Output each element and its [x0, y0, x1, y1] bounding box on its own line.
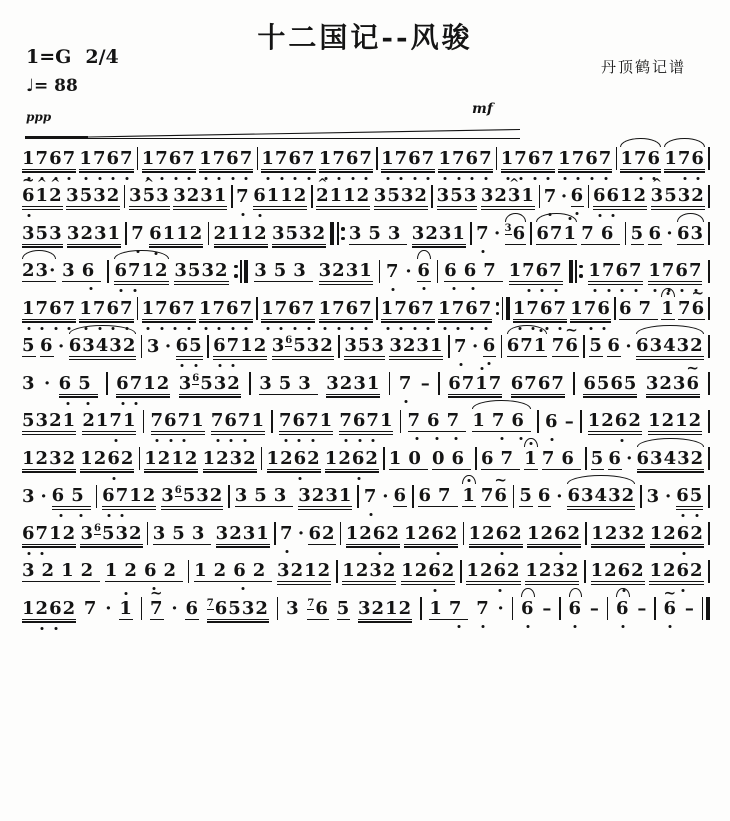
note: 2: [322, 523, 336, 544]
note: 3: [581, 485, 595, 506]
note: 3: [299, 223, 313, 244]
note-group: 1: [661, 298, 675, 320]
note-group: 36532: [80, 523, 142, 545]
note-group: 671: [507, 335, 548, 357]
note: 1: [380, 410, 394, 431]
note: 1: [163, 223, 177, 244]
note: 7: [447, 410, 467, 431]
note: 7: [602, 260, 616, 281]
note: 1: [123, 410, 137, 431]
note: 2: [187, 185, 201, 206]
note: 1: [620, 185, 634, 206]
augmentation-dot: ·: [298, 523, 304, 544]
note: 6: [49, 598, 63, 619]
barline: [438, 372, 440, 395]
dash-note: –: [542, 598, 551, 619]
barline: [357, 485, 359, 508]
note: 1: [129, 485, 143, 506]
note: 2: [294, 185, 308, 206]
note: 7: [366, 410, 380, 431]
note: 3: [49, 448, 63, 469]
note: 2: [604, 560, 618, 581]
note-group: 1262: [22, 598, 76, 620]
note-group: 17: [429, 598, 468, 620]
note: 7: [275, 148, 289, 169]
note: 1: [241, 223, 255, 244]
note-group: 1: [119, 598, 133, 620]
note: 3: [22, 373, 36, 394]
note-group: 7671: [279, 410, 333, 432]
augmentation-dot: ·: [58, 336, 64, 357]
note: 7: [280, 523, 294, 544]
note: 7: [279, 410, 293, 431]
note: 6: [169, 148, 183, 169]
note-group: 7: [476, 223, 490, 244]
note-group: 667: [444, 260, 503, 282]
note: 5: [71, 485, 91, 506]
note-group: 23·: [22, 260, 56, 282]
note: 3: [179, 373, 193, 394]
repeat-dots: [579, 265, 583, 278]
note: 1: [509, 260, 523, 281]
note: 3: [325, 485, 339, 506]
note-group: 6: [571, 185, 585, 207]
note: 1: [664, 148, 678, 169]
note: 3: [200, 185, 214, 206]
note: 6: [417, 260, 431, 281]
note: 5: [664, 185, 678, 206]
note: 7: [551, 373, 565, 394]
note-group: 6: [521, 598, 535, 619]
augmentation-dot: ·: [171, 598, 177, 619]
note-group: 353: [254, 260, 313, 282]
note: 7: [438, 485, 458, 506]
note: 1: [389, 448, 409, 469]
note: 6: [215, 598, 229, 619]
note: 2: [63, 448, 77, 469]
note-group: 6112: [253, 185, 307, 207]
note: 6: [444, 260, 464, 281]
note-group: 6: [483, 335, 497, 357]
note: 6: [597, 298, 611, 319]
note: 3: [651, 185, 665, 206]
note: 2: [659, 373, 673, 394]
note: 1: [438, 148, 452, 169]
note: 3: [293, 260, 313, 281]
note: 7: [581, 223, 601, 244]
note-group: 1262: [105, 560, 183, 582]
note: 7: [522, 260, 536, 281]
barline: [249, 372, 251, 395]
note-group: 1767: [261, 298, 315, 320]
note: 1: [267, 448, 281, 469]
note-group: 1262: [346, 523, 400, 545]
barline: [559, 597, 561, 620]
note: 6: [149, 223, 163, 244]
note: 7: [514, 148, 528, 169]
note: 1: [79, 148, 93, 169]
note: 3: [307, 335, 321, 356]
note: 4: [595, 485, 609, 506]
note-group: 1232: [22, 448, 76, 470]
note: 5: [337, 598, 351, 619]
note: 3: [353, 373, 367, 394]
note: 6: [493, 560, 507, 581]
repeat-end-barline: [496, 297, 510, 320]
note: 7: [476, 598, 490, 619]
note: 2: [216, 448, 230, 469]
note: 3: [650, 448, 664, 469]
barline: [188, 560, 190, 583]
barline: [106, 372, 108, 395]
note: 5: [631, 223, 645, 244]
note-group: 63432: [637, 448, 705, 470]
note: 5: [228, 598, 242, 619]
note: 2: [243, 448, 257, 469]
note: 1: [256, 523, 270, 544]
augmentation-dot: ·: [405, 261, 411, 282]
note: 3: [94, 223, 108, 244]
note-group: 1262: [527, 523, 581, 545]
barline: [588, 185, 590, 208]
note: 3: [298, 373, 318, 394]
note: 1: [240, 335, 254, 356]
note: 1: [430, 335, 444, 356]
note-group: 3231: [389, 335, 443, 357]
note-group: 1767: [319, 298, 373, 320]
note-group: 6767: [511, 373, 565, 395]
music-line: 3533231761122112353235332317·366717656·6…: [22, 215, 710, 253]
note: 2: [566, 560, 580, 581]
note: 4: [663, 335, 677, 356]
note: 3: [235, 485, 255, 506]
note: 1: [342, 560, 356, 581]
note: 7: [462, 373, 476, 394]
note: 6: [571, 185, 585, 206]
note-group: 3231: [481, 185, 535, 207]
note-group: 7: [454, 336, 468, 357]
note-group: 2112: [316, 185, 370, 207]
note-group: 1232: [342, 560, 396, 582]
note: 3: [646, 373, 660, 394]
barline: [141, 335, 143, 358]
note: 6: [49, 148, 63, 169]
note: 7: [481, 485, 495, 506]
note: 5: [286, 223, 300, 244]
note-group: 1212: [144, 448, 198, 470]
note-group: 353: [437, 185, 478, 207]
note: 1: [524, 448, 538, 469]
note: 6: [114, 260, 128, 281]
note-group: 3231: [326, 373, 380, 395]
note: 6: [169, 298, 183, 319]
note-group: 353: [344, 335, 385, 357]
note: 2: [254, 335, 268, 356]
note: 1: [36, 185, 50, 206]
note: 7: [120, 298, 134, 319]
note: 7: [151, 410, 165, 431]
note: 6: [353, 410, 367, 431]
note: 2: [22, 260, 36, 281]
barline: [513, 485, 515, 508]
barline: [311, 185, 313, 208]
note-group: 176: [664, 148, 705, 170]
barline: [708, 260, 710, 283]
note: 6: [428, 560, 442, 581]
note: 7: [211, 410, 225, 431]
barline: [400, 410, 402, 433]
note: 6: [408, 298, 422, 319]
note-group: 3231: [412, 223, 466, 245]
augmentation-dot: ·: [625, 336, 631, 357]
note: 3: [82, 335, 96, 356]
note: 1: [251, 410, 265, 431]
note: 1: [563, 223, 577, 244]
note: 1: [359, 260, 373, 281]
note: 2: [690, 335, 704, 356]
note-group: 7: [399, 373, 413, 394]
augmentation-dot: ·: [472, 336, 478, 357]
barline: [501, 335, 503, 358]
note: 6: [511, 410, 531, 431]
note: 2: [49, 410, 63, 431]
barline: [708, 560, 710, 583]
note-group: 76: [552, 335, 579, 357]
barline: [708, 185, 710, 208]
barline: [96, 485, 98, 508]
note: 3: [349, 223, 369, 244]
note: 2: [280, 448, 294, 469]
note: 3: [346, 260, 360, 281]
note: 1: [319, 298, 333, 319]
note: 7: [150, 598, 164, 619]
note: 1: [521, 185, 535, 206]
note: 2: [414, 185, 428, 206]
score-lines: 1767176717671767176717671767176717671767…: [22, 140, 710, 628]
note: 7: [302, 148, 316, 169]
note-group: 62: [308, 523, 335, 545]
note-group: 1212: [648, 410, 702, 432]
note: 3: [259, 373, 279, 394]
note: 6: [601, 223, 621, 244]
note: 6: [606, 185, 620, 206]
note-group: 6565: [583, 373, 637, 395]
note-group: 1767: [22, 298, 76, 320]
note-group: 3212: [22, 560, 100, 582]
note: 6: [507, 335, 521, 356]
note-group: 1262: [466, 560, 520, 582]
note-group: 2112: [214, 223, 268, 245]
note: 7: [364, 486, 378, 507]
note: 5: [254, 485, 274, 506]
note: 6: [677, 560, 691, 581]
note: 6: [593, 185, 607, 206]
note: 5: [358, 335, 372, 356]
note: 1: [661, 298, 675, 319]
note-group: 5: [22, 335, 36, 357]
note-group: 36: [62, 260, 101, 282]
note: 7: [155, 148, 169, 169]
note: 3: [690, 223, 704, 244]
note: 2: [357, 185, 371, 206]
note: 6: [427, 410, 447, 431]
note-group: 6: [393, 485, 407, 507]
barline: [257, 147, 259, 170]
note: 2: [690, 560, 704, 581]
note-group: 353: [153, 523, 212, 545]
note-group: 7: [476, 598, 490, 619]
note: 6: [494, 485, 508, 506]
note: 3: [22, 486, 36, 507]
note-group: 3231: [216, 523, 270, 545]
note: 6: [176, 335, 190, 356]
barline: [338, 335, 340, 358]
note: 2: [338, 448, 352, 469]
note-group: 1767: [509, 260, 563, 282]
note-group: 353: [22, 223, 63, 245]
note-group: 3: [22, 373, 36, 394]
barline: [389, 372, 391, 395]
note: 1: [267, 185, 281, 206]
note-group: 1767: [79, 298, 133, 320]
music-line: 1767176717671767176717671767176717671766…: [22, 290, 710, 328]
note: 7: [408, 410, 428, 431]
barline: [141, 597, 143, 620]
repeat-dots: [341, 227, 345, 240]
note: 3: [173, 185, 187, 206]
note: 2: [291, 560, 305, 581]
note-group: 3231: [298, 485, 352, 507]
barline: [412, 485, 414, 508]
barline: [537, 410, 539, 433]
note: 3: [93, 185, 107, 206]
note: 7: [678, 148, 692, 169]
note: 3: [388, 223, 408, 244]
barline: [125, 222, 127, 245]
note: 7: [238, 410, 252, 431]
note: 5: [519, 485, 533, 506]
barline: [139, 447, 141, 470]
dash-note: –: [637, 598, 646, 619]
note: 7: [422, 148, 436, 169]
barline: [654, 597, 656, 620]
barline: [277, 597, 279, 620]
note: 6: [608, 448, 622, 469]
note: 1: [176, 223, 190, 244]
note: 6: [615, 260, 629, 281]
note: 6: [346, 298, 360, 319]
note: 3: [673, 373, 687, 394]
note: 1: [591, 560, 605, 581]
note: 5: [188, 260, 202, 281]
note-group: 1262: [80, 448, 134, 470]
note: 3: [369, 560, 383, 581]
note: 7: [36, 148, 50, 169]
note: 1: [280, 185, 294, 206]
note: 1: [525, 560, 539, 581]
augmentation-dot: ·: [666, 223, 672, 244]
note: 2: [418, 523, 432, 544]
note: 6: [107, 448, 121, 469]
note: 7: [109, 410, 123, 431]
note: 7: [572, 148, 586, 169]
note: 7: [213, 298, 227, 319]
note-group: 671: [536, 223, 577, 245]
note: 6: [466, 148, 480, 169]
note: 1: [227, 223, 241, 244]
note: 7: [130, 373, 144, 394]
note-group: 353: [235, 485, 294, 507]
note: 2: [403, 335, 417, 356]
note-group: 1262: [401, 560, 455, 582]
note: 7: [454, 336, 468, 357]
note: 3: [129, 185, 143, 206]
note: 3: [272, 335, 286, 356]
note: 5: [293, 335, 307, 356]
note: 6: [40, 335, 54, 356]
barline: [580, 410, 582, 433]
dash-note: –: [565, 411, 574, 432]
note: 3: [216, 523, 230, 544]
note: 1: [558, 148, 572, 169]
note-group: 1262: [325, 448, 379, 470]
note: 7: [520, 335, 534, 356]
note: 7: [500, 448, 520, 469]
note: 7: [542, 448, 562, 469]
note: 5: [102, 523, 116, 544]
barline: [228, 485, 230, 508]
note-group: 1262: [469, 523, 523, 545]
note: 2: [540, 523, 554, 544]
note: 2: [227, 373, 241, 394]
note: 1: [320, 410, 334, 431]
note: 6: [686, 373, 700, 394]
note-group: 176: [472, 410, 531, 432]
note-group: 6: [545, 411, 559, 432]
augmentation-dot: ·: [556, 486, 562, 507]
note: 1: [171, 448, 185, 469]
note: 2: [690, 523, 704, 544]
note: 7: [240, 148, 254, 169]
note: 3: [153, 523, 173, 544]
augmentation-dot: ·: [498, 598, 504, 619]
note-group: 65: [52, 485, 91, 507]
note: 7: [553, 298, 567, 319]
note: 3: [22, 223, 36, 244]
note: 2: [689, 410, 703, 431]
note-group: 5: [589, 335, 603, 357]
grace-note: 6: [285, 336, 292, 347]
barline: [231, 185, 233, 208]
note: 1: [191, 410, 205, 431]
note: 6: [293, 410, 307, 431]
grace-note: 6: [94, 524, 101, 535]
note: 7: [63, 298, 77, 319]
note: 2: [215, 260, 229, 281]
barline: [124, 185, 126, 208]
note-group: 3532: [66, 185, 120, 207]
note: 6: [288, 298, 302, 319]
note: 1: [142, 298, 156, 319]
note: 7: [638, 298, 658, 319]
barline: [208, 222, 210, 245]
note: 6: [692, 298, 706, 319]
note: 6: [567, 485, 581, 506]
note: 1: [105, 560, 125, 581]
note: 3: [371, 335, 385, 356]
note: 6: [52, 485, 72, 506]
note-group: 36532: [272, 335, 334, 357]
